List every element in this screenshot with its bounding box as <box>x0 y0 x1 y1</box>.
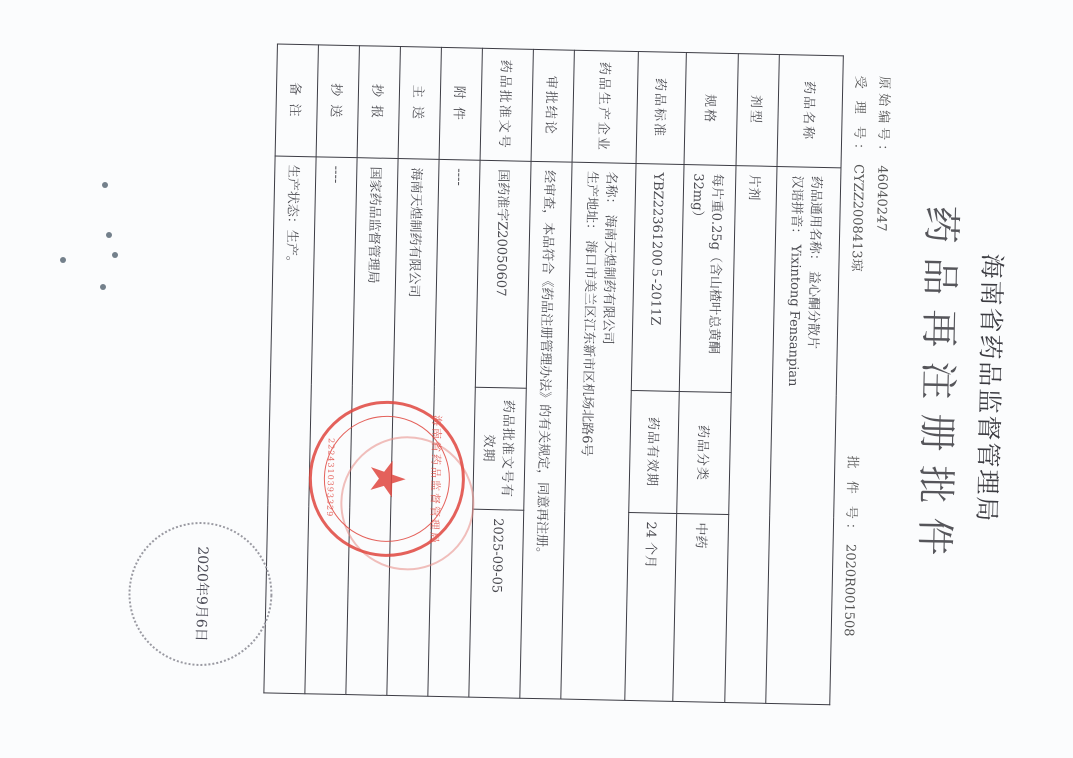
validity-label: 药品有效期 <box>628 390 679 513</box>
date-stamp: 2020年9月6日 <box>126 521 273 668</box>
spec-label: 规格 <box>684 53 738 166</box>
scan-speck <box>106 232 112 238</box>
spec-value: 每片重0.25g（含山楂叶总黄酮32mg） <box>679 165 736 393</box>
remarks-label: 备 注 <box>275 44 318 157</box>
approval-doc-value: 国药准字Z20050607 <box>475 160 531 388</box>
standard-label: 药品标准 <box>636 52 686 165</box>
category-label: 药品分类 <box>676 391 731 514</box>
scan-speck <box>100 284 106 290</box>
approval-doc-validity-value: 2025-09-05 <box>468 509 523 698</box>
dosage-form-label: 剂型 <box>736 54 779 167</box>
approval-doc-label: 药品批准文号 <box>480 48 533 161</box>
seal-text: 海南省药品监督管理局 <box>426 405 445 555</box>
date-stamp-text: 2020年9月6日 <box>190 524 213 664</box>
original-number-label: 原始编号： <box>874 76 891 161</box>
cc-label: 抄 送 <box>316 45 359 158</box>
scan-speck <box>102 182 108 188</box>
acceptance-number: 受 理 号： CYZZ2008413琼 <box>848 76 871 272</box>
approval-number-value: 2020R001508 <box>840 544 857 637</box>
original-number: 原始编号： 46040247 <box>873 76 895 232</box>
scan-speck <box>112 252 118 258</box>
validity-value: 24 个月 <box>624 512 676 701</box>
standard-value: YBZ22361200５-2011Z <box>631 164 684 392</box>
acceptance-number-value: CYZZ2008413琼 <box>848 164 865 272</box>
main-recipient-label: 主 送 <box>398 47 441 160</box>
acceptance-number-label: 受 理 号： <box>850 76 867 161</box>
document-title: 药品再注册批件 <box>906 17 976 758</box>
approval-number: 批 件 号： 2020R001508 <box>840 455 863 636</box>
approval-doc-validity-label: 药品批准文号有效期 <box>472 387 526 510</box>
approval-number-label: 批 件 号： <box>842 455 859 540</box>
drug-name-label: 药品名称 <box>777 55 843 168</box>
approval-document: 海南省药品监督管理局 药品再注册批件 原始编号： 46040247 受 理 号：… <box>29 0 1044 758</box>
original-number-value: 46040247 <box>873 165 889 231</box>
category-value: 中药 <box>672 513 728 702</box>
star-icon: ★ <box>362 457 411 501</box>
scan-speck <box>60 257 66 263</box>
report-to-label: 抄 报 <box>357 46 400 159</box>
approval-form-table: 药品名称 药品通用名称： 益心酮分散片 汉语拼音： Yixintong Fens… <box>263 43 843 705</box>
drug-name-value: 药品通用名称： 益心酮分散片 汉语拼音： Yixintong Fensanpia… <box>765 166 840 704</box>
manufacturer-label: 药品生产企业 <box>572 50 638 163</box>
manufacturer-value: 名称： 海南天煌制药有限公司 生产地址： 海口市美兰区江东新市区机场北路6号 <box>560 162 635 700</box>
official-red-seal: 海南省药品监督管理局 ★ 2224310393329 <box>307 399 466 558</box>
conclusion-label: 审批结论 <box>531 49 574 162</box>
attachment-label: 附 件 <box>439 47 482 160</box>
